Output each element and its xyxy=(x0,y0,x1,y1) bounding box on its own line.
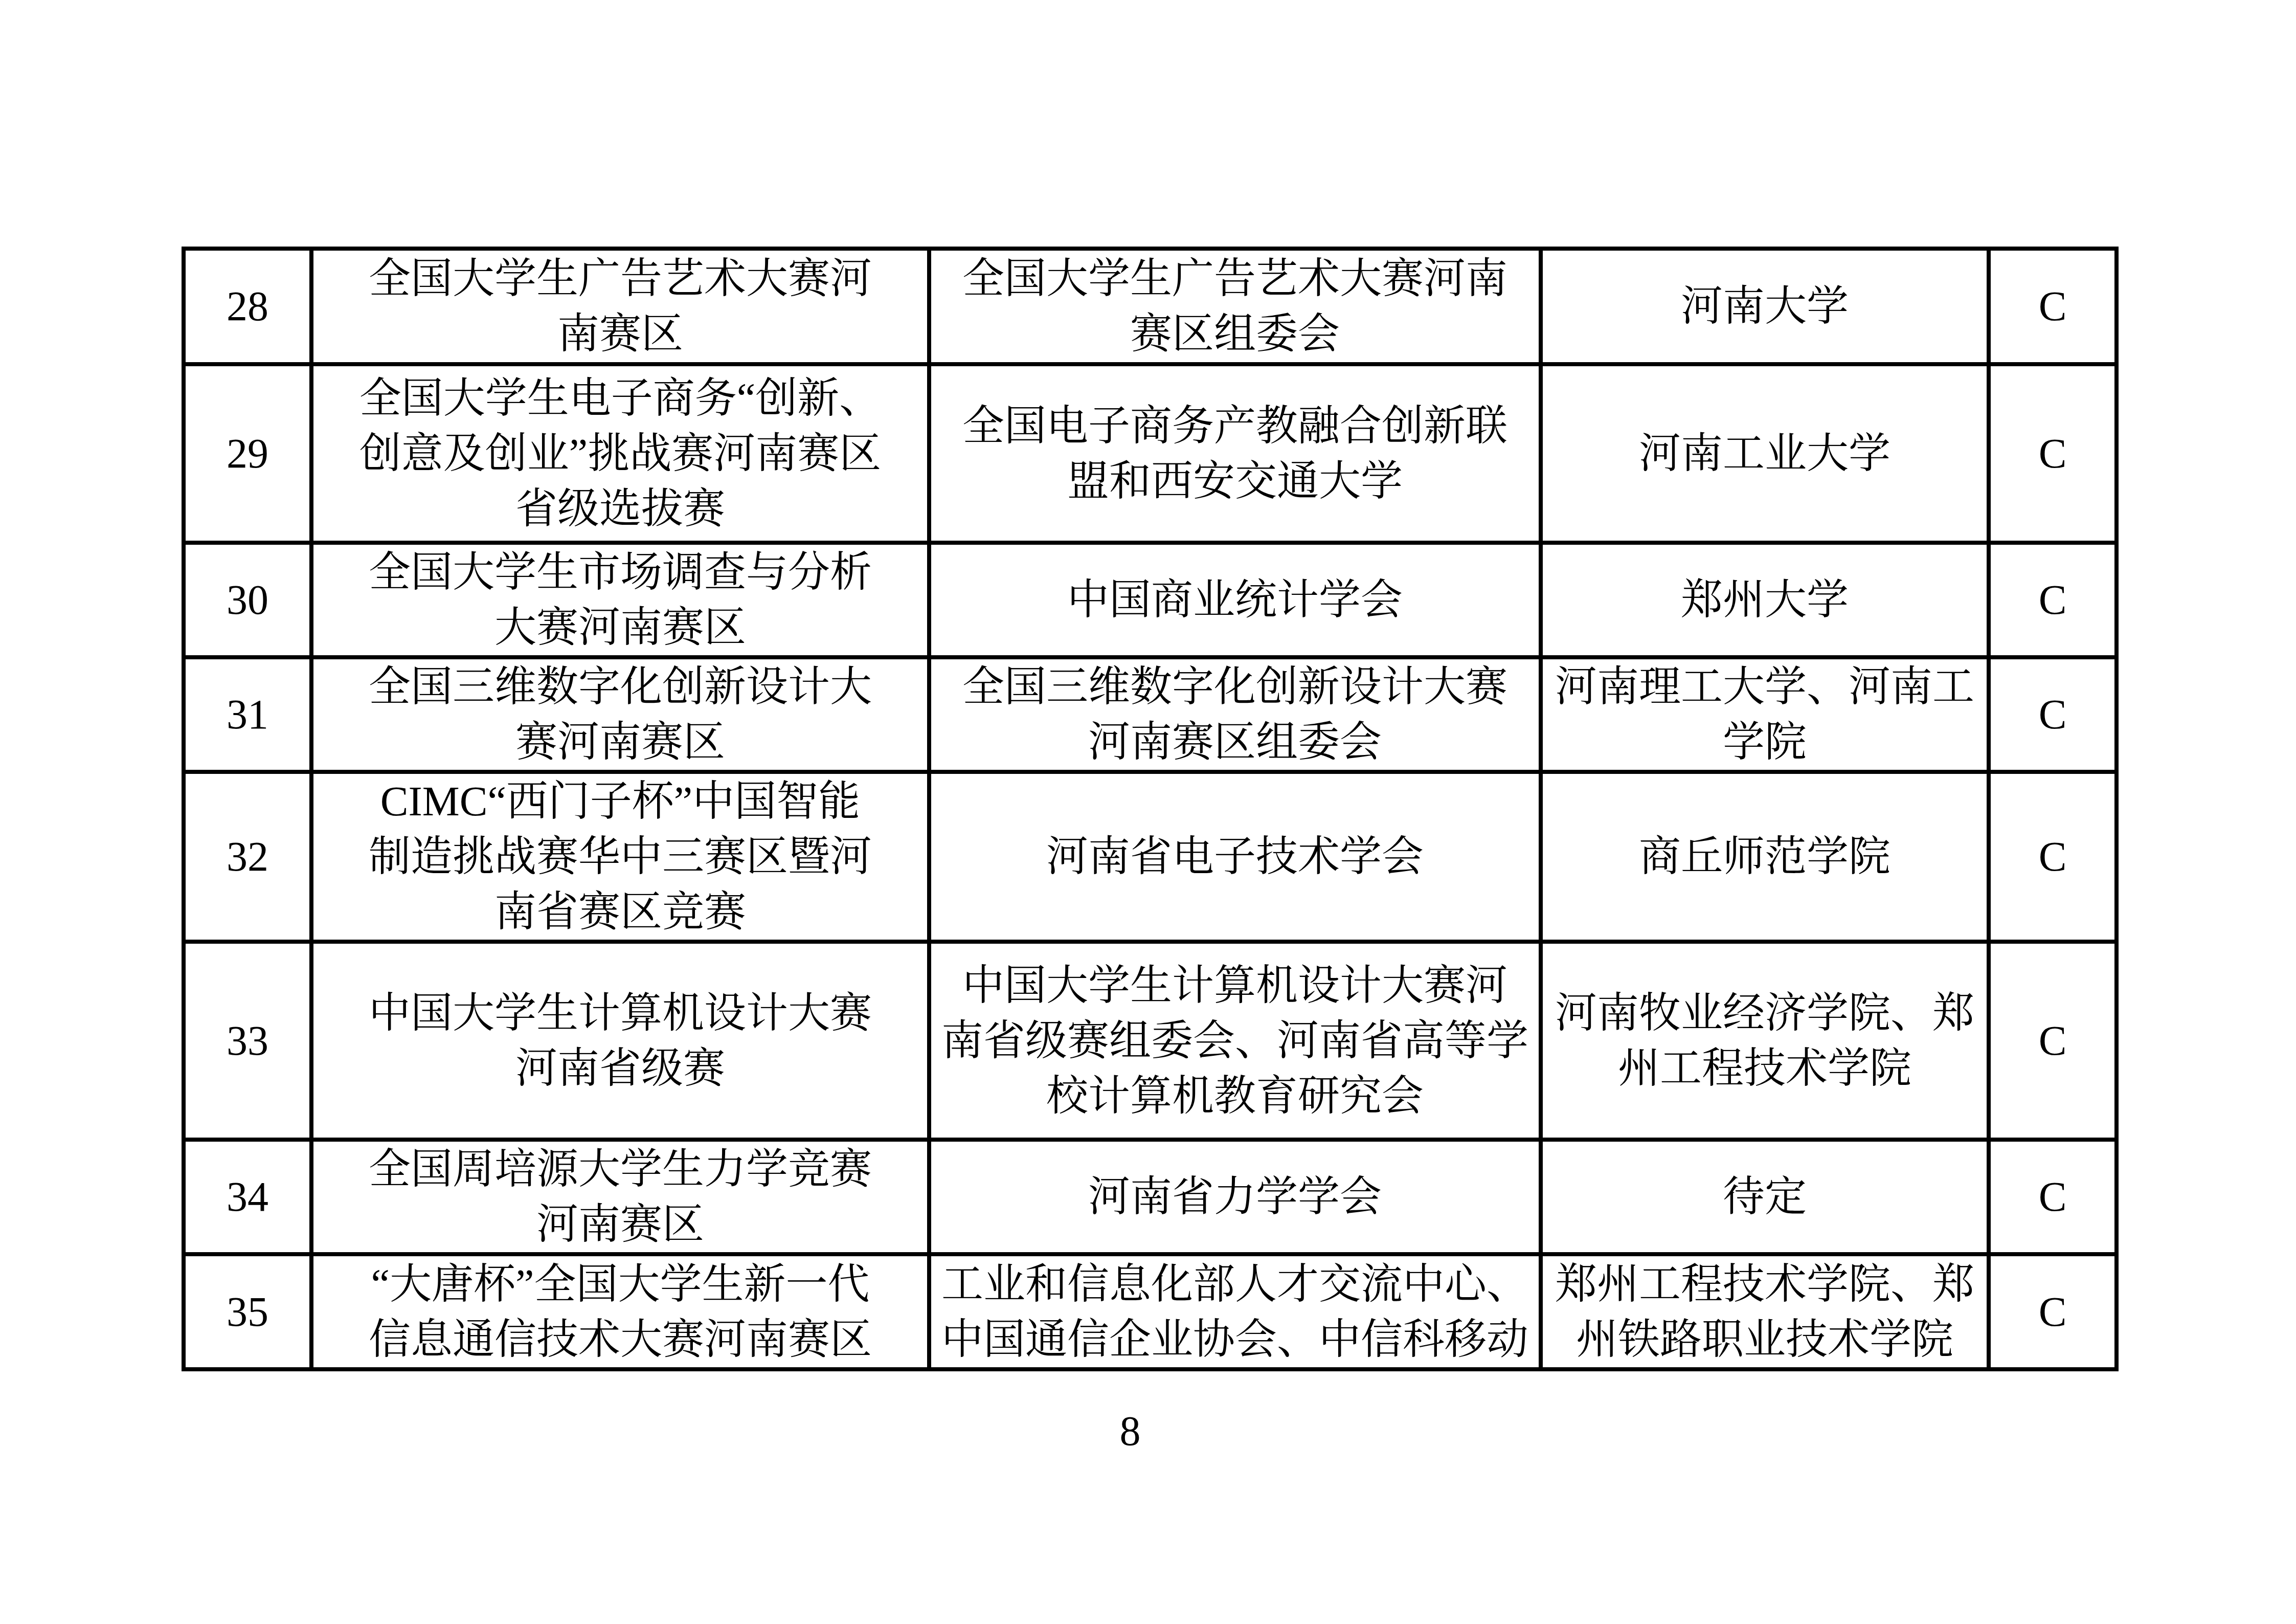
host-cell: 河南工业大学 xyxy=(1541,364,1989,543)
table-row: 31 全国三维数字化创新设计大 赛河南赛区 全国三维数字化创新设计大赛 河南赛区… xyxy=(184,657,2117,772)
host-cell: 河南牧业经济学院、郑 州工程技术学院 xyxy=(1541,942,1989,1140)
organizer-cell: 中国大学生计算机设计大赛河 南省级赛组委会、河南省高等学 校计算机教育研究会 xyxy=(929,942,1541,1140)
grade-cell: C xyxy=(1989,1140,2117,1254)
row-number-cell: 30 xyxy=(184,543,311,657)
table-row: 34 全国周培源大学生力学竞赛 河南赛区 河南省力学学会 待定 C xyxy=(184,1140,2117,1254)
organizer-cell: 全国电子商务产教融合创新联 盟和西安交通大学 xyxy=(929,364,1541,543)
competition-name-cell: “大唐杯”全国大学生新一代 信息通信技术大赛河南赛区 xyxy=(311,1254,929,1369)
table-row: 32 CIMC“西门子杯”中国智能 制造挑战赛华中三赛区暨河 南省赛区竞赛 河南… xyxy=(184,772,2117,942)
host-cell: 河南大学 xyxy=(1541,249,1989,364)
grade-cell: C xyxy=(1989,364,2117,543)
host-cell: 商丘师范学院 xyxy=(1541,772,1989,942)
organizer-cell: 全国大学生广告艺术大赛河南 赛区组委会 xyxy=(929,249,1541,364)
table-row: 30 全国大学生市场调查与分析 大赛河南赛区 中国商业统计学会 郑州大学 C xyxy=(184,543,2117,657)
organizer-cell: 中国商业统计学会 xyxy=(929,543,1541,657)
grade-cell: C xyxy=(1989,942,2117,1140)
competition-name-cell: 中国大学生计算机设计大赛 河南省级赛 xyxy=(311,942,929,1140)
row-number-cell: 31 xyxy=(184,657,311,772)
competition-name-cell: CIMC“西门子杯”中国智能 制造挑战赛华中三赛区暨河 南省赛区竞赛 xyxy=(311,772,929,942)
host-cell: 河南理工大学、河南工 学院 xyxy=(1541,657,1989,772)
table-row: 33 中国大学生计算机设计大赛 河南省级赛 中国大学生计算机设计大赛河 南省级赛… xyxy=(184,942,2117,1140)
grade-cell: C xyxy=(1989,543,2117,657)
grade-cell: C xyxy=(1989,1254,2117,1369)
competition-table: 28 全国大学生广告艺术大赛河 南赛区 全国大学生广告艺术大赛河南 赛区组委会 … xyxy=(182,247,2119,1371)
competition-name-cell: 全国周培源大学生力学竞赛 河南赛区 xyxy=(311,1140,929,1254)
grade-cell: C xyxy=(1989,657,2117,772)
host-cell: 待定 xyxy=(1541,1140,1989,1254)
organizer-cell: 河南省电子技术学会 xyxy=(929,772,1541,942)
table-row: 28 全国大学生广告艺术大赛河 南赛区 全国大学生广告艺术大赛河南 赛区组委会 … xyxy=(184,249,2117,364)
competition-name-cell: 全国大学生广告艺术大赛河 南赛区 xyxy=(311,249,929,364)
row-number-cell: 33 xyxy=(184,942,311,1140)
competition-name-cell: 全国三维数字化创新设计大 赛河南赛区 xyxy=(311,657,929,772)
row-number-cell: 34 xyxy=(184,1140,311,1254)
organizer-cell: 工业和信息化部人才交流中心、 中国通信企业协会、中信科移动 xyxy=(929,1254,1541,1369)
organizer-cell: 河南省力学学会 xyxy=(929,1140,1541,1254)
row-number-cell: 28 xyxy=(184,249,311,364)
grade-cell: C xyxy=(1989,249,2117,364)
table-row: 29 全国大学生电子商务“创新、 创意及创业”挑战赛河南赛区 省级选拔赛 全国电… xyxy=(184,364,2117,543)
host-cell: 郑州大学 xyxy=(1541,543,1989,657)
organizer-cell: 全国三维数字化创新设计大赛 河南赛区组委会 xyxy=(929,657,1541,772)
grade-cell: C xyxy=(1989,772,2117,942)
table-row: 35 “大唐杯”全国大学生新一代 信息通信技术大赛河南赛区 工业和信息化部人才交… xyxy=(184,1254,2117,1369)
page-number: 8 xyxy=(0,1406,2260,1457)
row-number-cell: 35 xyxy=(184,1254,311,1369)
competition-name-cell: 全国大学生市场调查与分析 大赛河南赛区 xyxy=(311,543,929,657)
competition-name-cell: 全国大学生电子商务“创新、 创意及创业”挑战赛河南赛区 省级选拔赛 xyxy=(311,364,929,543)
host-cell: 郑州工程技术学院、郑 州铁路职业技术学院 xyxy=(1541,1254,1989,1369)
row-number-cell: 32 xyxy=(184,772,311,942)
document-page: { "page_number": "8", "table": { "rows":… xyxy=(0,0,2296,1624)
row-number-cell: 29 xyxy=(184,364,311,543)
